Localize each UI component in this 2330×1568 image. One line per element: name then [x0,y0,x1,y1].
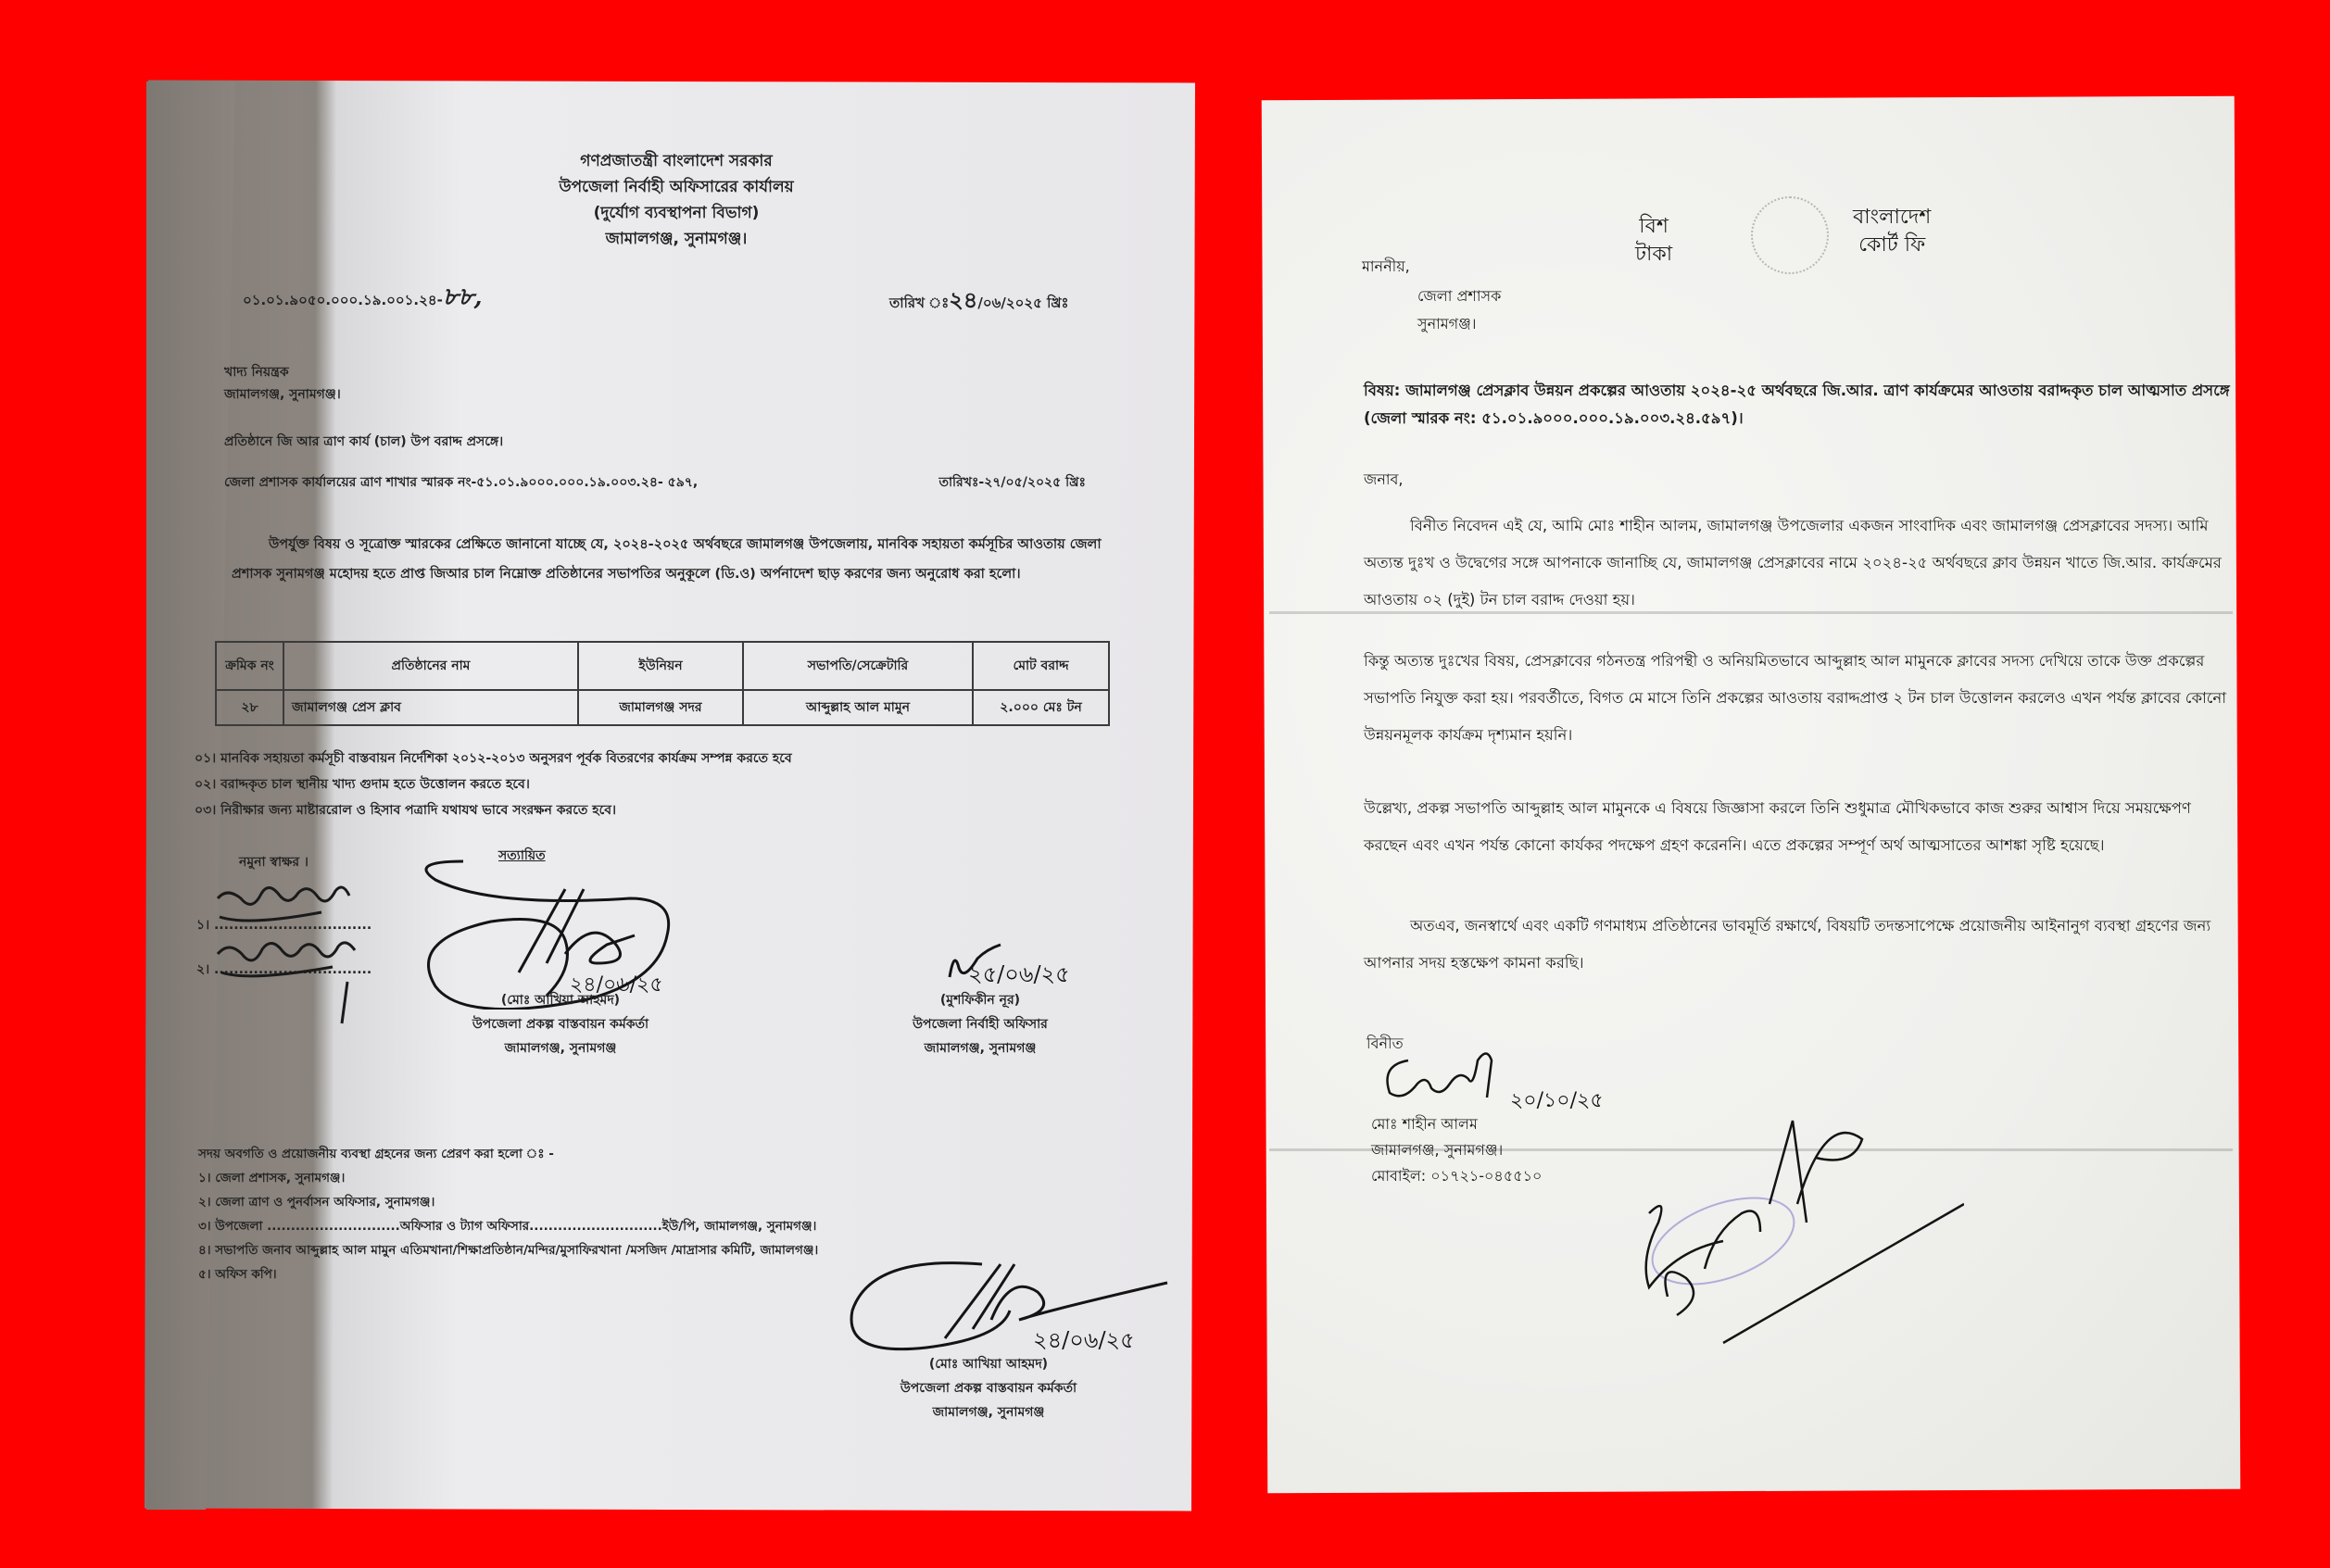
memo-number: ০১.০১.৯০৫০.০০০.১৯.০০১.২৪-৮৮, [243,282,483,314]
officer-block-3: (মোঃ আখিয়া আহমদ) উপজেলা প্রকল্প বাস্তবা… [845,1352,1132,1424]
letterhead-line: (দুর্যোগ ব্যবস্থাপনা বিভাগ) [482,200,871,226]
left-recipient: খাদ্য নিয়ন্ত্রক জামালগঞ্জ, সুনামগঞ্জ। [224,361,341,406]
column-header: মোট বরাদ্দ [973,642,1109,690]
salutation: মাননীয়, [1362,257,1410,277]
note-item: ০১। মানবিক সহায়তা কর্মসূচী বাস্তবায়ন ন… [195,746,792,771]
table-cell: আব্দুল্লাহ আল মামুন [743,690,973,725]
sample-signature-label: নমুনা স্বাক্ষর । [239,854,309,871]
date-printed: /০৬/২০২৫ খ্রিঃ [977,295,1068,311]
officer-name: (মোঃ আখিয়া আহমদ) [417,988,704,1012]
officer-location: জামালগঞ্জ, সুনামগঞ্জ [845,1400,1132,1424]
officer-title: উপজেলা প্রকল্প বাস্তবায়ন কর্মকর্তা [417,1012,704,1036]
copy-distribution-list: সদয় অবগতি ও প্রয়োজনীয় ব্যবস্থা গ্রহনে… [198,1142,818,1286]
recipient-line: খাদ্য নিয়ন্ত্রক [224,361,341,383]
officer-title: উপজেলা প্রকল্প বাস্তবায়ন কর্মকর্তা [845,1376,1132,1400]
letter-date: তারিখ ঃ২৪/০৬/২০২৫ খ্রিঃ [889,285,1069,314]
note-item: ০২। বরাদ্দকৃত চাল স্থানীয় খাদ্য গুদাম হ… [195,771,792,797]
officer-location: জামালগঞ্জ, সুনামগঞ্জ [417,1036,704,1060]
stamp-text: বিশ [1635,213,1672,241]
column-header: সভাপতি/সেক্রেটারি [743,642,973,690]
right-subject: বিষয়: জামালগঞ্জ প্রেসক্লাব উন্নয়ন প্রক… [1364,377,2253,433]
court-fee-value: বিশ টাকা [1635,213,1672,269]
officer-name: (মোঃ আখিয়া আহমদ) [845,1352,1132,1376]
officer-title: উপজেলা নির্বাহী অফিসার [869,1012,1091,1036]
memo-number-printed: ০১.০১.৯০৫০.০০০.১৯.০০১.২৪- [243,292,443,308]
officer-block-1: (মোঃ আখিয়া আহমদ) উপজেলা প্রকল্প বাস্তবা… [417,988,704,1060]
attested-label: সত্যায়িত [498,847,546,864]
sender-address: জামালগঞ্জ, সুনামগঞ্জ। [1371,1137,1542,1163]
cc-item: ২। জেলা ত্রাণ ও পুনর্বাসন অফিসার, সুনামগ… [198,1190,818,1214]
instruction-notes: ০১। মানবিক সহায়তা কর্মসূচী বাস্তবায়ন ন… [195,746,792,823]
stamp-text: কোর্ট ফি [1853,232,1931,259]
left-reference: জেলা প্রশাসক কার্যালয়ের ত্রাণ শাখার স্ম… [224,474,1086,491]
closing: বিনীত [1367,1035,1404,1054]
table-cell: জামালগঞ্জ সদর [578,690,743,725]
cc-item: ৪। সভাপতি জনাব আব্দুল্লাহ আল মামুন এতিমখ… [198,1238,818,1262]
stamp-text: টাকা [1635,241,1672,269]
court-fee-country: বাংলাদেশ কোর্ট ফি [1853,204,1931,259]
sender-mobile: মোবাইল: ০১৭২১-০৪৫৫১০ [1371,1163,1542,1189]
column-header: ক্রমিক নং [216,642,283,690]
officer-location: জামালগঞ্জ, সুনামগঞ্জ [869,1036,1091,1060]
table-cell: ২.০০০ মেঃ টন [973,690,1109,725]
signature-line-number: ২। [196,962,209,977]
note-item: ০৩। নিরীক্ষার জন্য মাষ্টাররোল ও হিসাব পত… [195,797,792,823]
sender-block: মোঃ শাহীন আলম জামালগঞ্জ, সুনামগঞ্জ। মোবা… [1371,1111,1542,1189]
signature-line-number: ১। [196,918,209,933]
body-paragraph: অতএব, জনস্বার্থে এবং একটি গণমাধ্যম প্রতি… [1364,908,2239,982]
officer-name: (মুশফিকীন নূর) [869,988,1091,1012]
body-paragraph: বিনীত নিবেদন এই যে, আমি মোঃ শাহীন আলম, জ… [1364,508,2239,619]
officer-block-2: (মুশফিকীন নূর) উপজেলা নির্বাহী অফিসার জা… [869,988,1091,1060]
left-body: উপর্যুক্ত বিষয় ও সূত্রোক্ত স্মারকের প্র… [232,530,1112,589]
recipient-line: জামালগঞ্জ, সুনামগঞ্জ। [224,383,341,406]
reference-memo: জেলা প্রশাসক কার্যালয়ের ত্রাণ শাখার স্ম… [224,474,698,491]
cc-item: ১। জেলা প্রশাসক, সুনামগঞ্জ। [198,1166,818,1190]
right-recipient: জেলা প্রশাসক সুনামগঞ্জ। [1417,282,1501,338]
date-label: তারিখ ঃ [889,295,949,311]
cc-title: সদয় অবগতি ও প্রয়োজনীয় ব্যবস্থা গ্রহনে… [198,1142,818,1166]
table-header-row: ক্রমিক নং প্রতিষ্ঠানের নাম ইউনিয়ন সভাপত… [216,642,1109,690]
cc-item: ৫। অফিস কপি। [198,1262,818,1286]
table-cell: জামালগঞ্জ প্রেস ক্লাব [283,690,578,725]
column-header: ইউনিয়ন [578,642,743,690]
letterhead-line: জামালগঞ্জ, সুনামগঞ্জ। [482,226,871,252]
greeting: জনাব, [1364,470,1404,490]
recipient-line: জেলা প্রশাসক [1417,282,1501,310]
letterhead-line: গণপ্রজাতন্ত্রী বাংলাদেশ সরকার [482,148,871,174]
recipient-line: সুনামগঞ্জ। [1417,310,1501,338]
left-subject: প্রতিষ্ঠানে জি আর ত্রাণ কার্য (চাল) উপ ব… [224,433,503,450]
date-handwritten: ২৪ [949,286,977,313]
cc-item: ৩। উপজেলা ............................অফ… [198,1214,818,1238]
stamp-text: বাংলাদেশ [1853,204,1931,232]
signature-lines: ১। ................................ ২। .… [196,903,372,992]
table-row: ২৮ জামালগঞ্জ প্রেস ক্লাব জামালগঞ্জ সদর আ… [216,690,1109,725]
memo-number-handwritten: ৮৮, [443,283,483,311]
letterhead-line: উপজেলা নির্বাহী অফিসারের কার্যালয় [482,174,871,200]
body-paragraph: উল্লেখ্য, প্রকল্প সভাপতি আব্দুল্লাহ আল ম… [1364,790,2239,864]
court-fee-stamp-seal [1751,196,1829,274]
government-letterhead: গণপ্রজাতন্ত্রী বাংলাদেশ সরকার উপজেলা নির… [482,148,871,252]
reference-date: তারিখঃ-২৭/০৫/২০২৫ খ্রিঃ [938,474,1086,491]
table-cell: ২৮ [216,690,283,725]
column-header: প্রতিষ্ঠানের নাম [283,642,578,690]
body-paragraph: কিন্তু অত্যন্ত দুঃখের বিষয়, প্রেসক্লাবে… [1364,643,2239,754]
sender-name: মোঃ শাহীন আলম [1371,1111,1542,1137]
allocation-table: ক্রমিক নং প্রতিষ্ঠানের নাম ইউনিয়ন সভাপত… [215,641,1110,726]
